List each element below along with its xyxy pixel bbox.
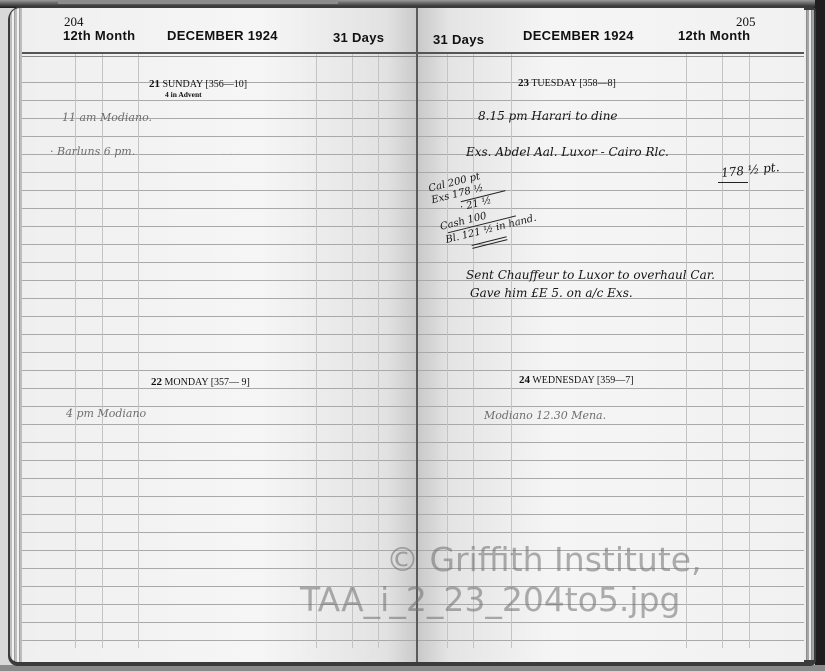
column-line	[352, 52, 353, 648]
handwritten-note: Exs. Abdel Aal. Luxor - Cairo Rlc.	[466, 145, 669, 159]
column-line	[102, 52, 103, 648]
day-heading-23-tuesday: 23 TUESDAY [358—8]	[518, 77, 616, 89]
day-count: [359—7]	[597, 375, 634, 386]
left-page: 204 12th Month DECEMBER 1924 31 Days 21 …	[22, 8, 418, 662]
handwritten-note: Gave him £E 5. on a/c Exs.	[470, 286, 633, 300]
handwritten-note: 8.15 pm Harari to dine	[478, 109, 618, 123]
day-heading-24-wednesday: 24 WEDNESDAY [359—7]	[519, 374, 634, 386]
month-label: 12th Month	[678, 28, 750, 43]
day-name: SUNDAY	[163, 79, 203, 90]
column-line	[378, 52, 379, 648]
scan-background-right	[815, 0, 825, 671]
day-count: [358—8]	[579, 78, 616, 89]
handwritten-note: 11 am Modiano.	[62, 111, 152, 124]
filename-watermark: TAA_i_2_23_204to5.jpg	[300, 580, 680, 619]
day-count: [356—10]	[205, 79, 247, 90]
handwritten-note: Modiano 12.30 Mena.	[484, 409, 606, 422]
bleed-through-text: · · ·	[222, 148, 239, 161]
month-label: 12th Month	[63, 28, 135, 43]
day-count: [357— 9]	[211, 377, 250, 388]
day-subtitle: 4 in Advent	[165, 90, 202, 99]
handwritten-note: Sent Chauffeur to Luxor to overhaul Car.	[466, 268, 715, 282]
day-number: 21	[149, 78, 160, 90]
day-number: 22	[151, 376, 162, 388]
header-rule-thin	[418, 56, 804, 57]
copyright-watermark: © Griffith Institute,	[386, 540, 702, 579]
day-number: 24	[519, 374, 530, 386]
month-year-title: DECEMBER 1924	[523, 28, 634, 43]
column-line	[75, 52, 76, 648]
header-rule	[22, 52, 418, 54]
column-line	[749, 52, 750, 648]
header-rule	[418, 52, 804, 54]
scan-background-strip	[58, 0, 338, 4]
column-line	[138, 52, 139, 648]
days-count-label: 31 Days	[433, 32, 484, 47]
day-heading-22-monday: 22 MONDAY [357— 9]	[151, 376, 250, 388]
column-line	[316, 52, 317, 648]
amount-underline	[718, 182, 748, 183]
header-rule-thin	[22, 56, 418, 57]
handwritten-note: 4 pm Modiano	[66, 407, 146, 420]
day-name: TUESDAY	[531, 78, 576, 89]
month-year-title: DECEMBER 1924	[167, 28, 278, 43]
day-number: 23	[518, 77, 529, 89]
day-name: MONDAY	[165, 377, 209, 388]
day-name: WEDNESDAY	[532, 375, 594, 386]
days-count-label: 31 Days	[333, 30, 384, 45]
column-line	[722, 52, 723, 648]
handwritten-note: · Barluns 6 pm.	[50, 145, 135, 158]
day-heading-21-sunday: 21 SUNDAY [356—10]	[149, 78, 247, 90]
